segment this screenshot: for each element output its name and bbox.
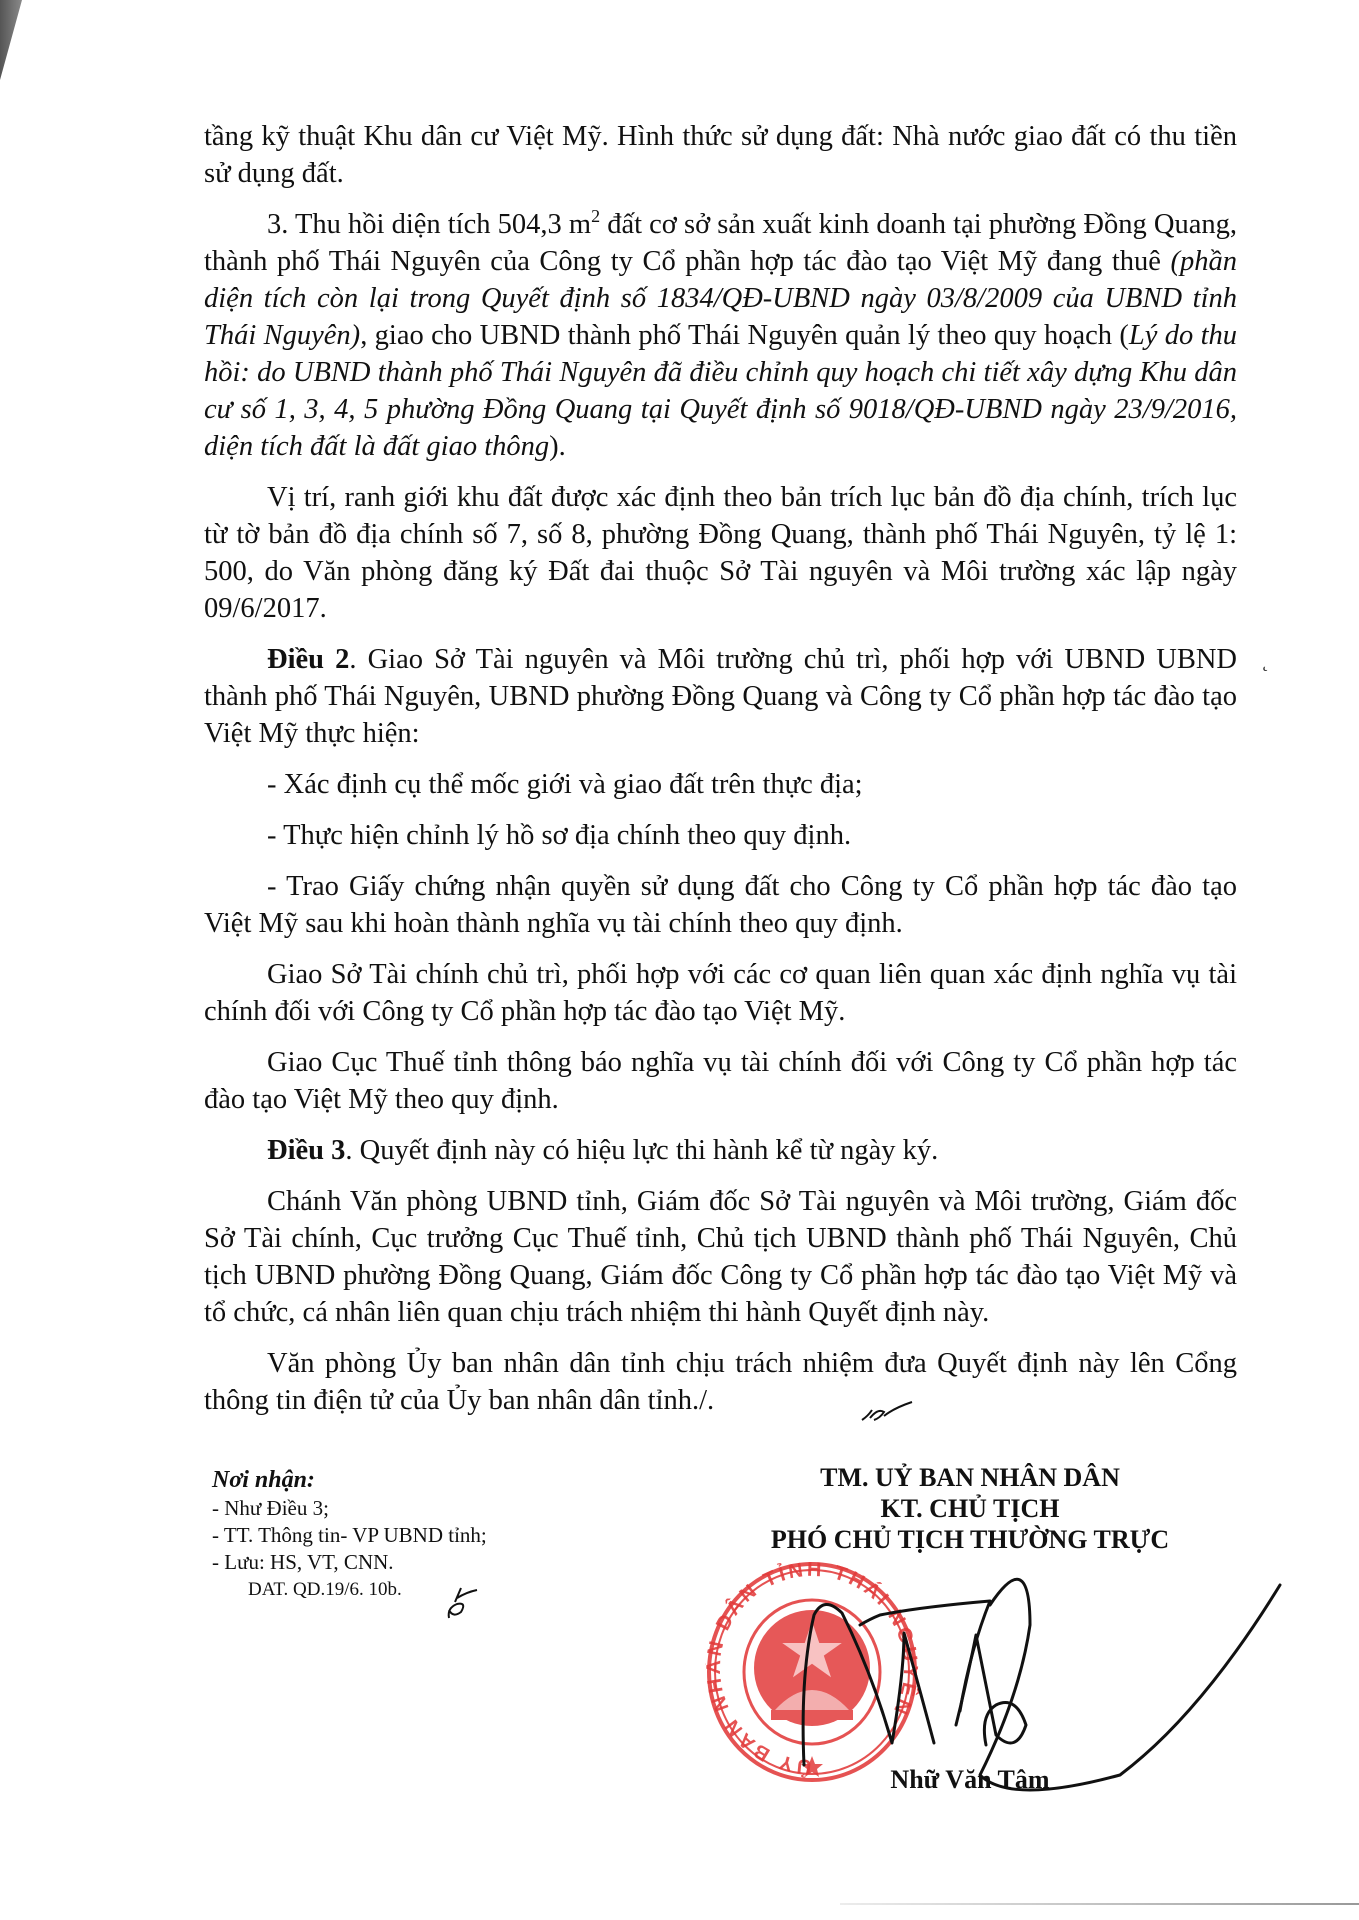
text-run: 3. Thu hồi diện tích 504,3 m xyxy=(267,209,591,240)
text-run: 2 xyxy=(591,206,600,226)
receivers-title: Nơi nhận: xyxy=(212,1465,487,1495)
receiver-item: - TT. Thông tin- VP UBND tỉnh; xyxy=(212,1522,487,1549)
text-run: Giao Sở Tài chính chủ trì, phối hợp với … xyxy=(204,959,1237,1027)
authority-line: KT. CHỦ TỊCH xyxy=(690,1493,1250,1524)
paragraph-land-use-cont: tầng kỹ thuật Khu dân cư Việt Mỹ. Hình t… xyxy=(204,118,1237,192)
article-heading: Điều 3 xyxy=(267,1135,345,1166)
receiver-item: - Như Điều 3; xyxy=(212,1495,487,1522)
paragraph-finance-dept: Giao Sở Tài chính chủ trì, phối hợp với … xyxy=(204,956,1237,1030)
scan-shadow-edge xyxy=(0,0,22,80)
paragraph-task-3: - Trao Giấy chứng nhận quyền sử dụng đất… xyxy=(204,868,1237,942)
text-run: , giao cho UBND thành phố Thái Nguyên qu… xyxy=(360,320,1129,351)
text-run: Chánh Văn phòng UBND tỉnh, Giám đốc Sở T… xyxy=(204,1186,1237,1328)
text-run: . Giao Sở Tài nguyên và Môi trường chủ t… xyxy=(204,644,1237,749)
text-run: tầng kỹ thuật Khu dân cư Việt Mỹ. Hình t… xyxy=(204,121,1237,189)
paragraph-item-3: 3. Thu hồi diện tích 504,3 m2 đất cơ sở … xyxy=(204,206,1237,465)
text-run: ). xyxy=(549,431,566,462)
paragraph-task-2: - Thực hiện chỉnh lý hồ sơ địa chính the… xyxy=(204,817,1237,854)
text-run: - Trao Giấy chứng nhận quyền sử dụng đất… xyxy=(204,871,1237,939)
signature-block: TM. UỶ BAN NHÂN DÂN KT. CHỦ TỊCH PHÓ CHỦ… xyxy=(690,1462,1250,1555)
receiver-item: - Lưu: HS, VT, CNN. xyxy=(212,1549,487,1576)
document-body: tầng kỹ thuật Khu dân cư Việt Mỹ. Hình t… xyxy=(204,118,1237,1433)
scan-bottom-edge xyxy=(840,1903,1359,1905)
text-run: - Thực hiện chỉnh lý hồ sơ địa chính the… xyxy=(267,820,851,851)
text-run: . Quyết định này có hiệu lực thi hành kể… xyxy=(345,1135,938,1166)
paragraph-task-1: - Xác định cụ thể mốc giới và giao đất t… xyxy=(204,766,1237,803)
paragraph-publish: Văn phòng Ủy ban nhân dân tỉnh chịu trác… xyxy=(204,1345,1237,1419)
paragraph-location: Vị trí, ranh giới khu đất được xác định … xyxy=(204,479,1237,627)
text-run: Vị trí, ranh giới khu đất được xác định … xyxy=(204,482,1237,624)
handwritten-initial-mark xyxy=(858,1398,918,1426)
text-run: Văn phòng Ủy ban nhân dân tỉnh chịu trác… xyxy=(204,1348,1237,1416)
paragraph-responsible: Chánh Văn phòng UBND tỉnh, Giám đốc Sở T… xyxy=(204,1183,1237,1331)
paragraph-article-3: Điều 3. Quyết định này có hiệu lực thi h… xyxy=(204,1132,1237,1169)
on-behalf-line: TM. UỶ BAN NHÂN DÂN xyxy=(690,1462,1250,1493)
article-heading: Điều 2 xyxy=(267,644,349,675)
text-run: - Xác định cụ thể mốc giới và giao đất t… xyxy=(267,769,863,800)
paragraph-article-2: Điều 2. Giao Sở Tài nguyên và Môi trường… xyxy=(204,641,1237,752)
paragraph-tax-dept: Giao Cục Thuế tỉnh thông báo nghĩa vụ tà… xyxy=(204,1044,1237,1118)
position-line: PHÓ CHỦ TỊCH THƯỜNG TRỰC xyxy=(690,1524,1250,1555)
text-run: Giao Cục Thuế tỉnh thông báo nghĩa vụ tà… xyxy=(204,1047,1237,1115)
signer-name: Nhữ Văn Tâm xyxy=(690,1765,1250,1795)
handwritten-signature xyxy=(760,1565,1320,1795)
handwritten-initials xyxy=(441,1582,481,1622)
margin-mark: ˛ xyxy=(1262,650,1269,673)
